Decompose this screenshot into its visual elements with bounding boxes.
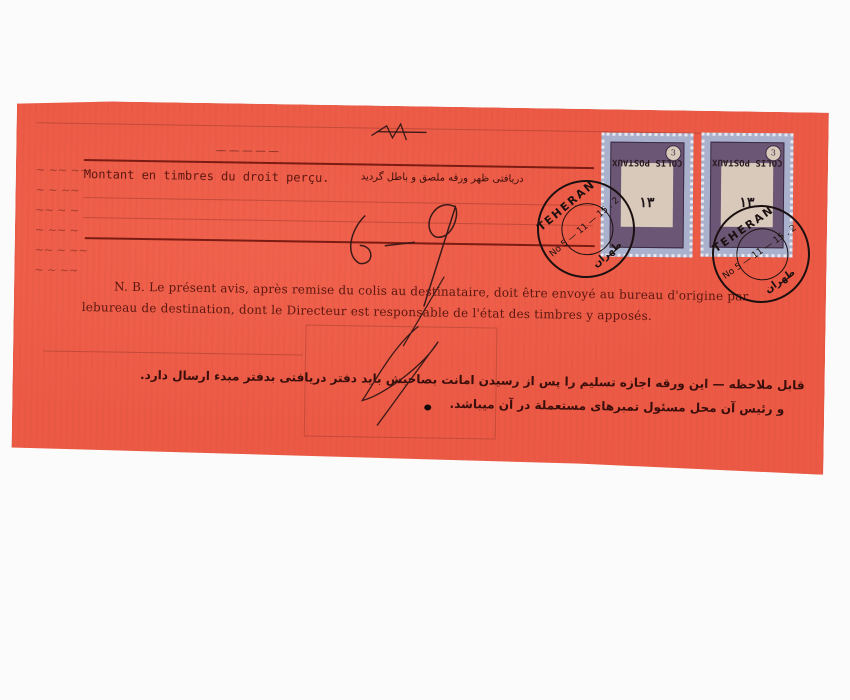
- amount-line-1: [83, 197, 593, 206]
- persian-note-line-2: و رئیس آن محل مسئول تمبرهای مستعملة در آ…: [449, 397, 784, 416]
- nb-line-1: N. B. Le présent avis, après remise du c…: [114, 280, 749, 304]
- ink-blot: [424, 404, 431, 410]
- faint-header-text: ـــ ـــ ـــ ـــ ـــ: [216, 141, 279, 155]
- initials-signature-icon: [366, 117, 436, 148]
- amount-bottom-rule: [85, 237, 595, 247]
- stamp-corner-value: 3: [765, 145, 781, 161]
- amount-label: Montant en timbres du droit perçu.: [84, 167, 330, 185]
- faint-left-notes: ~ ~~ ~~~ ~ ~~~~ ~ ~~ ~~ ~~~ ~ ~~~ ~ ~~: [34, 160, 89, 281]
- stamp-corner-value: 3: [665, 145, 681, 161]
- faint-row-rule: [43, 350, 303, 355]
- persian-header-right: دریافتی ظهر ورقه ملصق و باطل گردید: [361, 171, 524, 185]
- amount-line-2: [83, 217, 593, 226]
- nb-line-2: lebureau de destination, dont le Directe…: [82, 300, 652, 323]
